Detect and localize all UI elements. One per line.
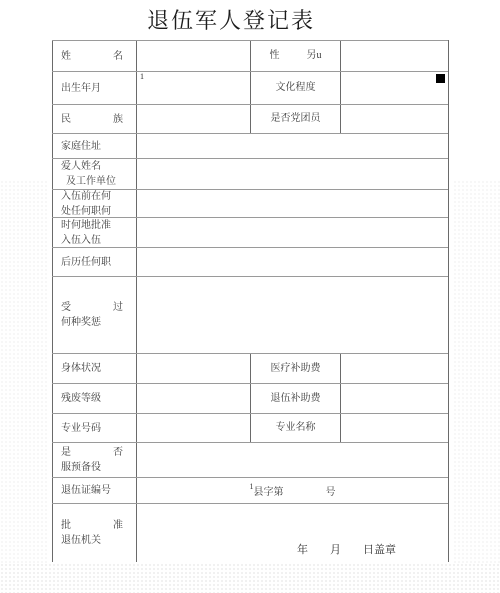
field-physical-condition-label: 身体状况 bbox=[52, 354, 136, 383]
table-row: 批 准 退伍机关 年 月 日盖章 bbox=[52, 503, 448, 562]
field-party-membership-value bbox=[340, 105, 448, 133]
table-row: 残废等级 退伍补助费 bbox=[52, 383, 448, 413]
field-ethnicity-label-char: 民 bbox=[61, 112, 71, 127]
table-row: 姓 名 性 另u bbox=[52, 40, 448, 71]
footnote-marker: 1 bbox=[140, 73, 144, 81]
field-name-label-char: 名 bbox=[113, 49, 123, 64]
table-row: 受 过 何种奖惩 bbox=[52, 276, 448, 353]
field-approving-label-char: 准 bbox=[113, 518, 123, 533]
veteran-registration-form-page: 退伍军人登记表 姓 名 性 另u 出生年月 bbox=[0, 0, 500, 593]
table-row: 爱人姓名 及工作单位 bbox=[52, 158, 448, 189]
field-reserve-label-char: 是 bbox=[61, 445, 71, 460]
field-reserve-service-value bbox=[136, 443, 448, 477]
field-name-label-char: 姓 bbox=[61, 49, 71, 64]
field-discharge-cert-number-label: 退伍证编号 bbox=[52, 478, 136, 503]
field-medical-subsidy-value bbox=[340, 354, 448, 383]
field-spouse-name-workunit-label: 爱人姓名 及工作单位 bbox=[52, 159, 136, 189]
field-approving-label-char: 批 bbox=[61, 518, 71, 533]
field-medical-subsidy-label: 医疗补助费 bbox=[250, 354, 340, 383]
table-row: 后历任何职 bbox=[52, 247, 448, 276]
field-ethnicity-value bbox=[136, 105, 250, 133]
field-approving-authority-label: 批 准 退伍机关 bbox=[52, 504, 136, 562]
field-enlistment-approval-label: 时何地批准 入伍入伍 bbox=[52, 218, 136, 247]
table-row: 身体状况 医疗补助费 bbox=[52, 353, 448, 383]
field-gender-label: 性 另u bbox=[250, 41, 340, 71]
field-pre-enlistment-position-label: 入伍前在何 处任何职何 bbox=[52, 190, 136, 217]
field-birthdate-label: 出生年月 bbox=[52, 72, 136, 104]
date-year-label: 年 bbox=[297, 541, 308, 557]
field-approving-authority-value: 年 月 日盖章 bbox=[136, 504, 448, 562]
field-reserve-service-label: 是 否 服预备役 bbox=[52, 443, 136, 477]
field-positions-after-label: 后历任何职 bbox=[52, 248, 136, 276]
scan-noise-texture bbox=[453, 180, 500, 563]
field-rewards-punishments-label: 受 过 何种奖惩 bbox=[52, 277, 136, 353]
field-gender-value bbox=[340, 41, 448, 71]
field-specialty-number-value bbox=[136, 414, 250, 442]
cert-number-suffix: 号 bbox=[326, 483, 336, 498]
field-specialty-number-label: 专业号码 bbox=[52, 414, 136, 442]
table-row: 出生年月 1 文化程度 ■ bbox=[52, 71, 448, 104]
field-ethnicity-label: 民 族 bbox=[52, 105, 136, 133]
field-gender-label-char: 性 bbox=[270, 49, 280, 63]
field-enlistment-approval-value bbox=[136, 218, 448, 247]
field-gender-label-char: 另u bbox=[307, 49, 322, 63]
field-physical-condition-value bbox=[136, 354, 250, 383]
date-seal-line: 年 月 日盖章 bbox=[297, 541, 396, 557]
field-name-label: 姓 名 bbox=[52, 41, 136, 71]
field-discharge-subsidy-label: 退伍补助费 bbox=[250, 384, 340, 413]
table-row: 退伍证编号 1 县字第 号 bbox=[52, 477, 448, 503]
table-row: 是 否 服预备役 bbox=[52, 442, 448, 477]
scan-noise-texture bbox=[0, 180, 48, 563]
field-specialty-name-label: 专业名称 bbox=[250, 414, 340, 442]
field-ethnicity-label-char: 族 bbox=[113, 112, 123, 127]
table-row: 时何地批准 入伍入伍 bbox=[52, 217, 448, 247]
page-title: 退伍军人登记表 bbox=[0, 4, 462, 35]
table-row: 专业号码 专业名称 bbox=[52, 413, 448, 442]
date-day-seal-label: 日盖章 bbox=[363, 541, 396, 557]
field-pre-enlistment-position-value bbox=[136, 190, 448, 217]
registration-form-table: 姓 名 性 另u 出生年月 1 文化程度 bbox=[52, 40, 449, 562]
field-birthdate-value: 1 bbox=[136, 72, 250, 104]
field-discharge-subsidy-value bbox=[340, 384, 448, 413]
field-home-address-label: 家庭住址 bbox=[52, 134, 136, 158]
black-square-marker: ■ bbox=[436, 74, 445, 83]
field-positions-after-value bbox=[136, 248, 448, 276]
field-rewards-label-char: 过 bbox=[113, 300, 123, 315]
field-education-value: ■ bbox=[340, 72, 448, 104]
field-reserve-label-char: 否 bbox=[113, 445, 123, 460]
field-specialty-name-value bbox=[340, 414, 448, 442]
scan-noise-texture bbox=[0, 563, 500, 593]
field-disability-level-label: 残废等级 bbox=[52, 384, 136, 413]
field-party-membership-label: 是否党团员 bbox=[250, 105, 340, 133]
date-month-label: 月 bbox=[330, 541, 341, 557]
table-row: 民 族 是否党团员 bbox=[52, 104, 448, 133]
field-name-value bbox=[136, 41, 250, 71]
table-row: 入伍前在何 处任何职何 bbox=[52, 189, 448, 217]
field-home-address-value bbox=[136, 134, 448, 158]
table-row: 家庭住址 bbox=[52, 133, 448, 158]
field-disability-level-value bbox=[136, 384, 250, 413]
field-discharge-cert-number-value: 1 县字第 号 bbox=[136, 478, 448, 503]
cert-number-prefix: 县字第 bbox=[254, 483, 284, 498]
field-spouse-name-workunit-value bbox=[136, 159, 448, 189]
field-rewards-punishments-value bbox=[136, 277, 448, 353]
field-rewards-label-char: 受 bbox=[61, 300, 71, 315]
field-education-label: 文化程度 bbox=[250, 72, 340, 104]
